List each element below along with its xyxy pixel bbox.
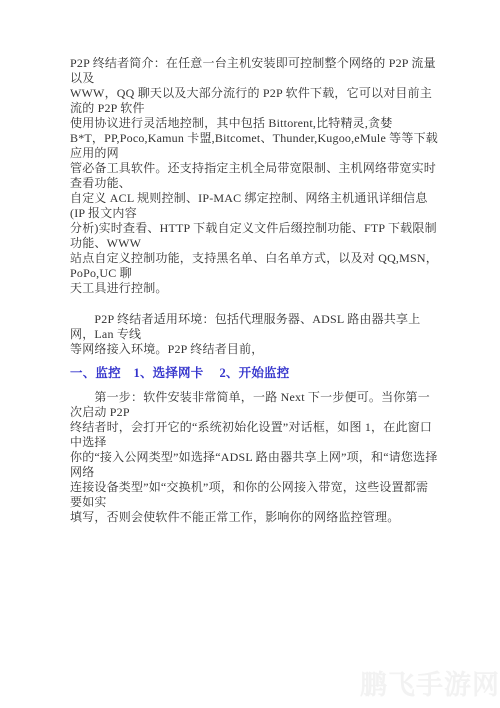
environment-paragraph: P2P 终结者适用环境：包括代理服务器、ADSL 路由器共享上网，Lan 专线 … — [70, 312, 438, 357]
step1-paragraph: 第一步：软件安装非常简单，一路 Next 下一步便可。当你第一次启动 P2P 终… — [70, 390, 438, 525]
intro-paragraph: P2P 终结者简介：在任意一台主机安装即可控制整个网络的 P2P 流量以及 WW… — [70, 56, 438, 296]
document-page: { "page": { "background_color": "#ffffff… — [0, 0, 500, 708]
page-background: P2P 终结者简介：在任意一台主机安装即可控制整个网络的 P2P 流量以及 WW… — [0, 0, 500, 708]
document-body: P2P 终结者简介：在任意一台主机安装即可控制整个网络的 P2P 流量以及 WW… — [70, 56, 438, 541]
watermark: 鹏飞手游网 — [360, 663, 500, 702]
section-heading-monitor: 一、监控 1、选择网卡 2、开始监控 — [70, 365, 438, 381]
